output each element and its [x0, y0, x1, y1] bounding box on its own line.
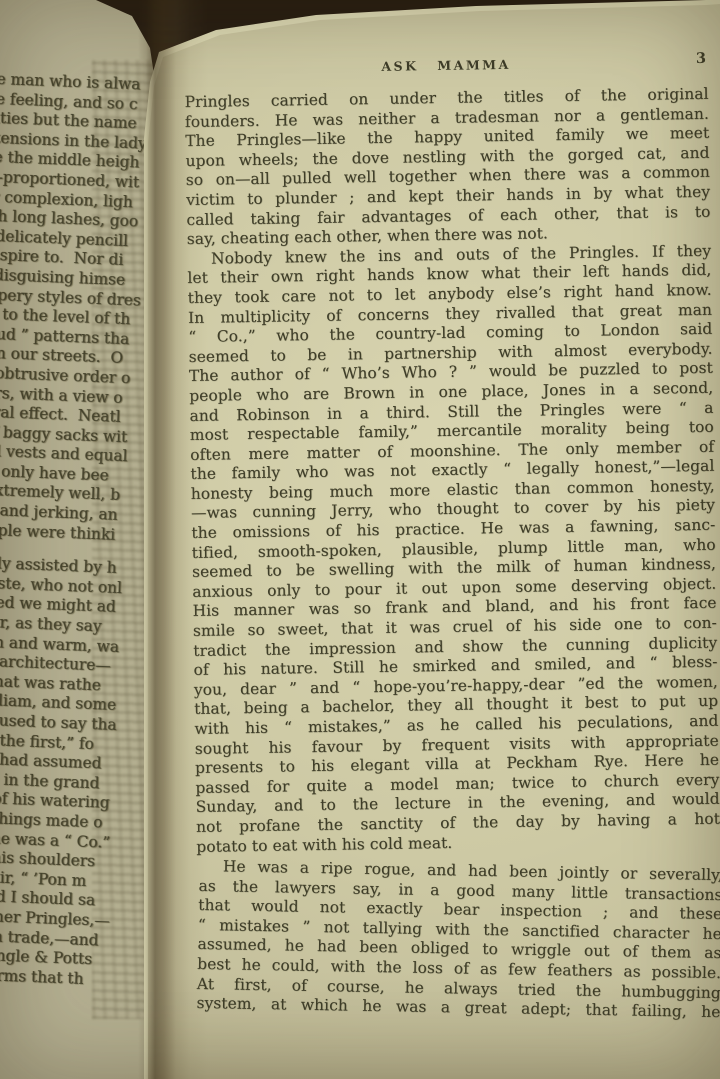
body-text: Pringles carried on under the titles of …	[184, 85, 720, 1014]
paragraph: Nobody knew the ins and outs of the Prin…	[187, 241, 720, 857]
page-number: 3	[696, 50, 706, 67]
paragraph: Pringles carried on under the titles of …	[184, 85, 710, 250]
right-page-content: ASK MAMMA 3 Pringles carried on under th…	[184, 54, 720, 1014]
page-title: ASK MAMMA	[184, 54, 708, 77]
paragraph: He was a ripe rogue, and had been jointl…	[196, 857, 720, 1023]
page-header: ASK MAMMA 3	[184, 54, 708, 77]
book-photo: e man who is alwae feeling, and so citie…	[0, 0, 720, 1079]
